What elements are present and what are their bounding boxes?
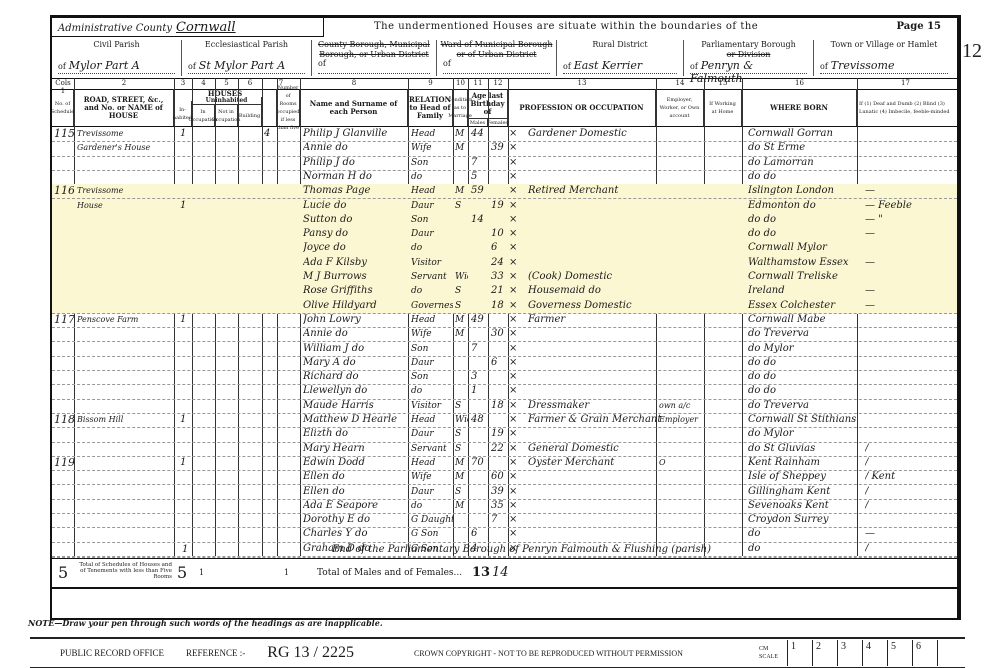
cell-female-age [491,156,508,170]
cell-where-born: Isle of Sheppey [748,470,857,484]
cell-name: Olive Hildyard [303,299,408,313]
cell-male-age [471,141,488,155]
cell-employer [659,427,704,441]
cell-occupation [520,256,664,270]
cell-road [77,270,174,284]
cell-relation: Head [411,456,453,470]
boundaries-caption: The undermentioned Houses are situate wi… [374,21,758,32]
cell-name: Rose Griffiths [303,284,408,298]
cell-name: Philip J Glanville [303,127,408,141]
cell-schedule [54,256,74,270]
cell-relation: Daur [411,427,453,441]
cell-relation: Visitor [411,256,453,270]
cell-schedule [54,327,74,341]
column-number: 5 [215,79,238,87]
cell-female-age: 6 [491,241,508,255]
table-row: Dorothy E doG Daughter7Croydon Surrey× [52,513,957,528]
totals-label: Total of Schedules of Houses and of Tene… [78,559,172,590]
cell-road: Trevissome [77,127,174,141]
cell-schedule: 118 [54,413,74,427]
cell-condition [455,256,468,270]
cell-name: William J do [303,342,408,356]
parl-borough-label: Parliamentary Borough [684,40,813,50]
cell-infirmity: / [865,442,954,456]
scale-end [937,640,965,666]
cell-occupation [520,513,664,527]
th-name: Name and Surname of each Person [300,89,408,126]
cell-condition [455,170,468,184]
cell-road: Penscove Farm [77,313,174,327]
cell-inhabited: 1 [180,456,192,470]
end-inhabited: 1 [182,543,188,557]
th-condition: Condition as to Marriage [453,89,468,126]
cell-where-born: Kent Rainham [748,456,857,470]
administrative-county: Administrative CountyCornwall [52,18,324,37]
cell-schedule [54,342,74,356]
scale-label: CM SCALE [759,640,787,666]
cell-condition [455,513,468,527]
ward: Ward of Municipal Borough or of Urban Di… [437,40,557,76]
cell-where-born: Sevenoaks Kent [748,499,857,513]
cell-condition [455,384,468,398]
total-females: 14 [492,559,509,587]
admin-county-value: Cornwall [176,20,236,35]
cell-schedule [54,284,74,298]
scale-6: 6 [912,640,937,666]
cell-road: Gardener's House [77,141,174,155]
cell-relation: Son [411,370,453,384]
tick-mark-icon: × [509,399,517,413]
of-label: of [443,59,451,68]
cell-employer [659,227,704,241]
note: NOTE—Draw your pen through such words of… [28,618,383,628]
cell-rooms [264,399,300,413]
cell-road [77,356,174,370]
cell-rooms [264,427,300,441]
cell-male-age [471,427,488,441]
cell-male-age [471,270,488,284]
cell-relation: do [411,499,453,513]
th-employer: Employer, Worker, or Own account [656,89,704,126]
cell-relation: Visitor [411,399,453,413]
th-where-born: WHERE BORN [742,89,857,126]
cell-name: Annie do [303,141,408,155]
tick-mark-icon: × [509,513,517,527]
cell-occupation [520,470,664,484]
cell-male-age [471,470,488,484]
census-sheet: Administrative CountyCornwall The underm… [50,15,961,620]
cell-schedule: 115 [54,127,74,141]
of-label: of [690,62,698,71]
cell-female-age: 35 [491,499,508,513]
cell-schedule [54,356,74,370]
cell-male-age [471,327,488,341]
cell-name: Charles Y do [303,527,408,541]
cell-infirmity [865,513,954,527]
cell-inhabited [180,256,192,270]
cell-female-age: 18 [491,399,508,413]
cell-occupation [520,227,664,241]
cell-occupation [520,141,664,155]
cell-schedule: 116 [54,184,74,198]
cell-condition: M [455,313,468,327]
cell-schedule [54,485,74,499]
of-label: of [318,59,326,68]
cell-road [77,513,174,527]
table-row: Mary HearnServantS22General Domesticdo S… [52,442,957,457]
cell-rooms [264,213,300,227]
cell-condition: S [455,485,468,499]
cell-name: Norman H do [303,170,408,184]
cell-where-born: do Mylor [748,342,857,356]
cell-occupation: Retired Merchant [520,184,664,198]
cell-employer [659,527,704,541]
cell-road [77,156,174,170]
table-row: Maude HarrisVisitorS18Dressmakerown a/cd… [52,399,957,414]
cell-rooms [264,270,300,284]
cell-schedule [54,399,74,413]
table-row: Elizth doDaurS19do Mylor× [52,427,957,442]
reference-number: RG 13 / 2225 [267,644,354,662]
cell-road [77,170,174,184]
cell-female-age [491,384,508,398]
cell-where-born: Walthamstow Essex [748,256,857,270]
of-label: of [58,62,66,71]
cell-inhabited [180,141,192,155]
cell-female-age: 22 [491,442,508,456]
cell-inhabited [180,241,192,255]
cell-infirmity [865,313,954,327]
cell-inhabited: 1 [180,199,192,213]
cell-male-age: 14 [471,213,488,227]
cell-male-age: 59 [471,184,488,198]
cell-employer [659,513,704,527]
table-row: 117Penscove Farm1John LowryHeadM49Farmer… [52,313,957,328]
cell-road [77,299,174,313]
table-row: M J BurrowsServantWid33(Cook) DomesticCo… [52,270,957,285]
cell-occupation [520,485,664,499]
cell-condition: Wid [455,413,468,427]
cell-inhabited: 1 [180,127,192,141]
reference-label: REFERENCE :- [186,648,245,658]
cell-male-age: 44 [471,127,488,141]
cell-male-age [471,499,488,513]
cell-infirmity: / [865,485,954,499]
cell-road [77,470,174,484]
table-row: Joyce dodo6Cornwall Mylor× [52,241,957,256]
cell-name: Ada F Kilsby [303,256,408,270]
cell-female-age: 24 [491,256,508,270]
cell-where-born: Edmonton do [748,199,857,213]
cell-female-age [491,170,508,184]
totals-row: 5 Total of Schedules of Houses and of Te… [52,558,957,589]
cell-inhabited [180,470,192,484]
cell-name: Llewellyn do [303,384,408,398]
column-number: 10 [453,79,468,87]
cell-employer [659,184,704,198]
th-rooms [262,89,277,126]
column-number: 13 [508,79,656,87]
cell-male-age [471,256,488,270]
cell-relation: Daur [411,356,453,370]
cell-schedule [54,141,74,155]
cell-male-age [471,442,488,456]
cell-male-age: 5 [471,170,488,184]
tick-mark-icon: × [509,527,517,541]
cell-name: Matthew D Hearle [303,413,408,427]
cell-where-born: do Mylor [748,427,857,441]
eccl-parish-value: St Mylor Part A [199,59,285,72]
cell-inhabited [180,342,192,356]
cell-condition: S [455,299,468,313]
cell-name: Joyce do [303,241,408,255]
column-number: 12 [488,79,508,87]
tick-mark-icon: × [509,370,517,384]
cell-infirmity [865,141,954,155]
cell-rooms [264,470,300,484]
cell-employer: Employer [659,413,704,427]
cell-infirmity: — Feeble [865,199,954,213]
cell-name: Ellen do [303,470,408,484]
cell-infirmity: — " [865,213,954,227]
tick-mark-icon: × [509,470,517,484]
cell-male-age: 3 [471,370,488,384]
th-females: Females [488,118,508,126]
males-females-label: Total of Males and of Females... [317,559,462,587]
cell-employer [659,141,704,155]
cell-inhabited [180,213,192,227]
scale-5: 5 [887,640,912,666]
table-row: Ada F KilsbyVisitor24Walthamstow Essex—× [52,256,957,271]
cell-occupation [520,170,664,184]
cell-male-age: 49 [471,313,488,327]
th-rooms-label: Number of Rooms occupied if less than fi… [277,89,300,126]
cell-name: Pansy do [303,227,408,241]
cell-where-born: do Treverva [748,327,857,341]
tick-mark-icon: × [509,342,517,356]
cell-occupation [520,327,664,341]
cell-condition: S [455,284,468,298]
cell-inhabited: 1 [180,313,192,327]
table-row: Ellen doDaurS39Gillingham Kent/× [52,485,957,500]
cell-schedule: 117 [54,313,74,327]
civil-parish-label: Civil Parish [52,40,181,50]
cell-rooms [264,413,300,427]
cell-inhabited [180,499,192,513]
cell-infirmity: — [865,299,954,313]
cell-relation: Wife [411,327,453,341]
cell-female-age: 39 [491,485,508,499]
cell-employer [659,170,704,184]
table-row: Annie doWifeM30do Treverva× [52,327,957,342]
cell-occupation: Governess Domestic [520,299,664,313]
cell-female-age: 18 [491,299,508,313]
cell-relation: Head [411,413,453,427]
cell-female-age: 19 [491,427,508,441]
table-row: William J doSon7do Mylor× [52,342,957,357]
cell-condition [455,213,468,227]
cell-condition [455,370,468,384]
cell-female-age [491,127,508,141]
cell-schedule [54,213,74,227]
cell-relation: Governess [411,299,453,313]
table-row: 1191Edwin DoddHeadM70Oyster MerchantOKen… [52,456,957,471]
th-males: Males [468,118,488,126]
cell-relation: Daur [411,227,453,241]
cell-name: Ellen do [303,485,408,499]
cell-female-age [491,342,508,356]
cell-road [77,327,174,341]
tick-mark-icon: × [509,485,517,499]
cell-road: House [77,199,174,213]
column-number: 3 [174,79,192,87]
cell-infirmity [865,327,954,341]
cell-infirmity: — [865,184,954,198]
cell-relation: Servant [411,270,453,284]
tick-mark-icon: × [509,213,517,227]
cell-rooms [264,527,300,541]
cell-inhabited [180,270,192,284]
cell-condition: S [455,427,468,441]
cell-infirmity [865,427,954,441]
cell-road: Trevissome [77,184,174,198]
cell-schedule [54,299,74,313]
cell-infirmity [865,270,954,284]
cell-relation: G Son [411,527,453,541]
cell-schedule [54,527,74,541]
table-row: Ellen doWifeM60Isle of Sheppey/ Kent× [52,470,957,485]
cell-female-age: 60 [491,470,508,484]
cell-female-age: 21 [491,284,508,298]
cell-name: Philip J do [303,156,408,170]
of-label: of [188,62,196,71]
tick-mark-icon: × [509,284,517,298]
cell-name: Richard do [303,370,408,384]
cell-male-age: 48 [471,413,488,427]
cell-where-born: do do [748,213,857,227]
end-of-borough-row: 1 End of the Parliamentary Borough of Pe… [52,543,957,558]
cell-schedule: 119 [54,456,74,470]
table-row: Sutton doSon14do do— "× [52,213,957,228]
table-row: Rose GriffithsdoS21Housemaid doIreland—× [52,284,957,299]
scale-2: 2 [812,640,837,666]
eccl-parish-label: Ecclesiastical Parish [182,40,311,50]
cell-condition: M [455,127,468,141]
cell-where-born: do do [748,227,857,241]
copyright: CROWN COPYRIGHT - NOT TO BE REPRODUCED W… [414,649,683,658]
cell-occupation: Dressmaker [520,399,664,413]
cell-schedule [54,241,74,255]
cell-where-born: Croydon Surrey [748,513,857,527]
cell-male-age: 1 [471,384,488,398]
cell-infirmity: / Kent [865,470,954,484]
tick-mark-icon: × [509,327,517,341]
column-number: 16 [742,79,857,87]
of-label: of [563,62,571,71]
total-rooms: 1 [284,559,289,587]
cell-occupation [520,199,664,213]
cell-occupation [520,156,664,170]
table-row: Norman H dodo5do do× [52,170,957,185]
tick-mark-icon: × [509,199,517,213]
table-row: House1Lucie doDaurS19Edmonton do— Feeble… [52,199,957,214]
rural-district: Rural District ofEast Kerrier [557,40,684,76]
cell-occupation: Oyster Merchant [520,456,664,470]
cell-inhabited [180,384,192,398]
cell-where-born: do [748,527,857,541]
table-row: 116TrevissomeThomas PageHeadM59Retired M… [52,184,957,199]
cell-road [77,427,174,441]
cell-name: Maude Harris [303,399,408,413]
cell-schedule [54,384,74,398]
table-row: Mary A doDaur6do do× [52,356,957,371]
cell-schedule [54,227,74,241]
cell-rooms [264,141,300,155]
cell-infirmity [865,399,954,413]
cell-road [77,442,174,456]
cell-relation: do [411,284,453,298]
cell-occupation: (Cook) Domestic [520,270,664,284]
tick-mark-icon: × [509,170,517,184]
tick-mark-icon: × [509,184,517,198]
cell-infirmity [865,156,954,170]
cell-road [77,342,174,356]
cell-where-born: Cornwall Gorran [748,127,857,141]
cell-male-age: 7 [471,156,488,170]
cell-male-age [471,399,488,413]
cell-relation: do [411,241,453,255]
cell-inhabited [180,170,192,184]
cell-name: Annie do [303,327,408,341]
cell-inhabited [180,527,192,541]
cell-inhabited [180,442,192,456]
cell-condition [455,342,468,356]
cell-occupation [520,427,664,441]
column-number: 11 [468,79,488,87]
cell-inhabited [180,399,192,413]
column-number: 2 [74,79,174,87]
cell-where-born: do do [748,384,857,398]
cell-employer [659,442,704,456]
cell-relation: Son [411,342,453,356]
cm-scale: CM SCALE 1 2 3 4 5 6 [759,640,965,666]
cell-inhabited [180,485,192,499]
cell-schedule [54,442,74,456]
cell-road [77,485,174,499]
cell-rooms [264,184,300,198]
cell-female-age: 19 [491,199,508,213]
cell-condition [455,527,468,541]
cell-occupation [520,370,664,384]
cell-female-age [491,313,508,327]
cell-relation: Servant [411,442,453,456]
cell-where-born: do do [748,170,857,184]
table-row: Pansy doDaur10do do—× [52,227,957,242]
tick-mark-icon: × [509,499,517,513]
cell-employer [659,241,704,255]
cell-where-born: Ireland [748,284,857,298]
cell-occupation [520,499,664,513]
tick-mark-icon: × [509,356,517,370]
total-inhabited: 5 [177,559,187,587]
total-schedules: 5 [58,559,68,587]
record-office: PUBLIC RECORD OFFICE [60,648,164,658]
cell-relation: Son [411,213,453,227]
cell-road [77,370,174,384]
cell-inhabited [180,299,192,313]
parliamentary-borough: Parliamentary Borough or Division ofPenr… [684,40,814,76]
cell-employer [659,370,704,384]
